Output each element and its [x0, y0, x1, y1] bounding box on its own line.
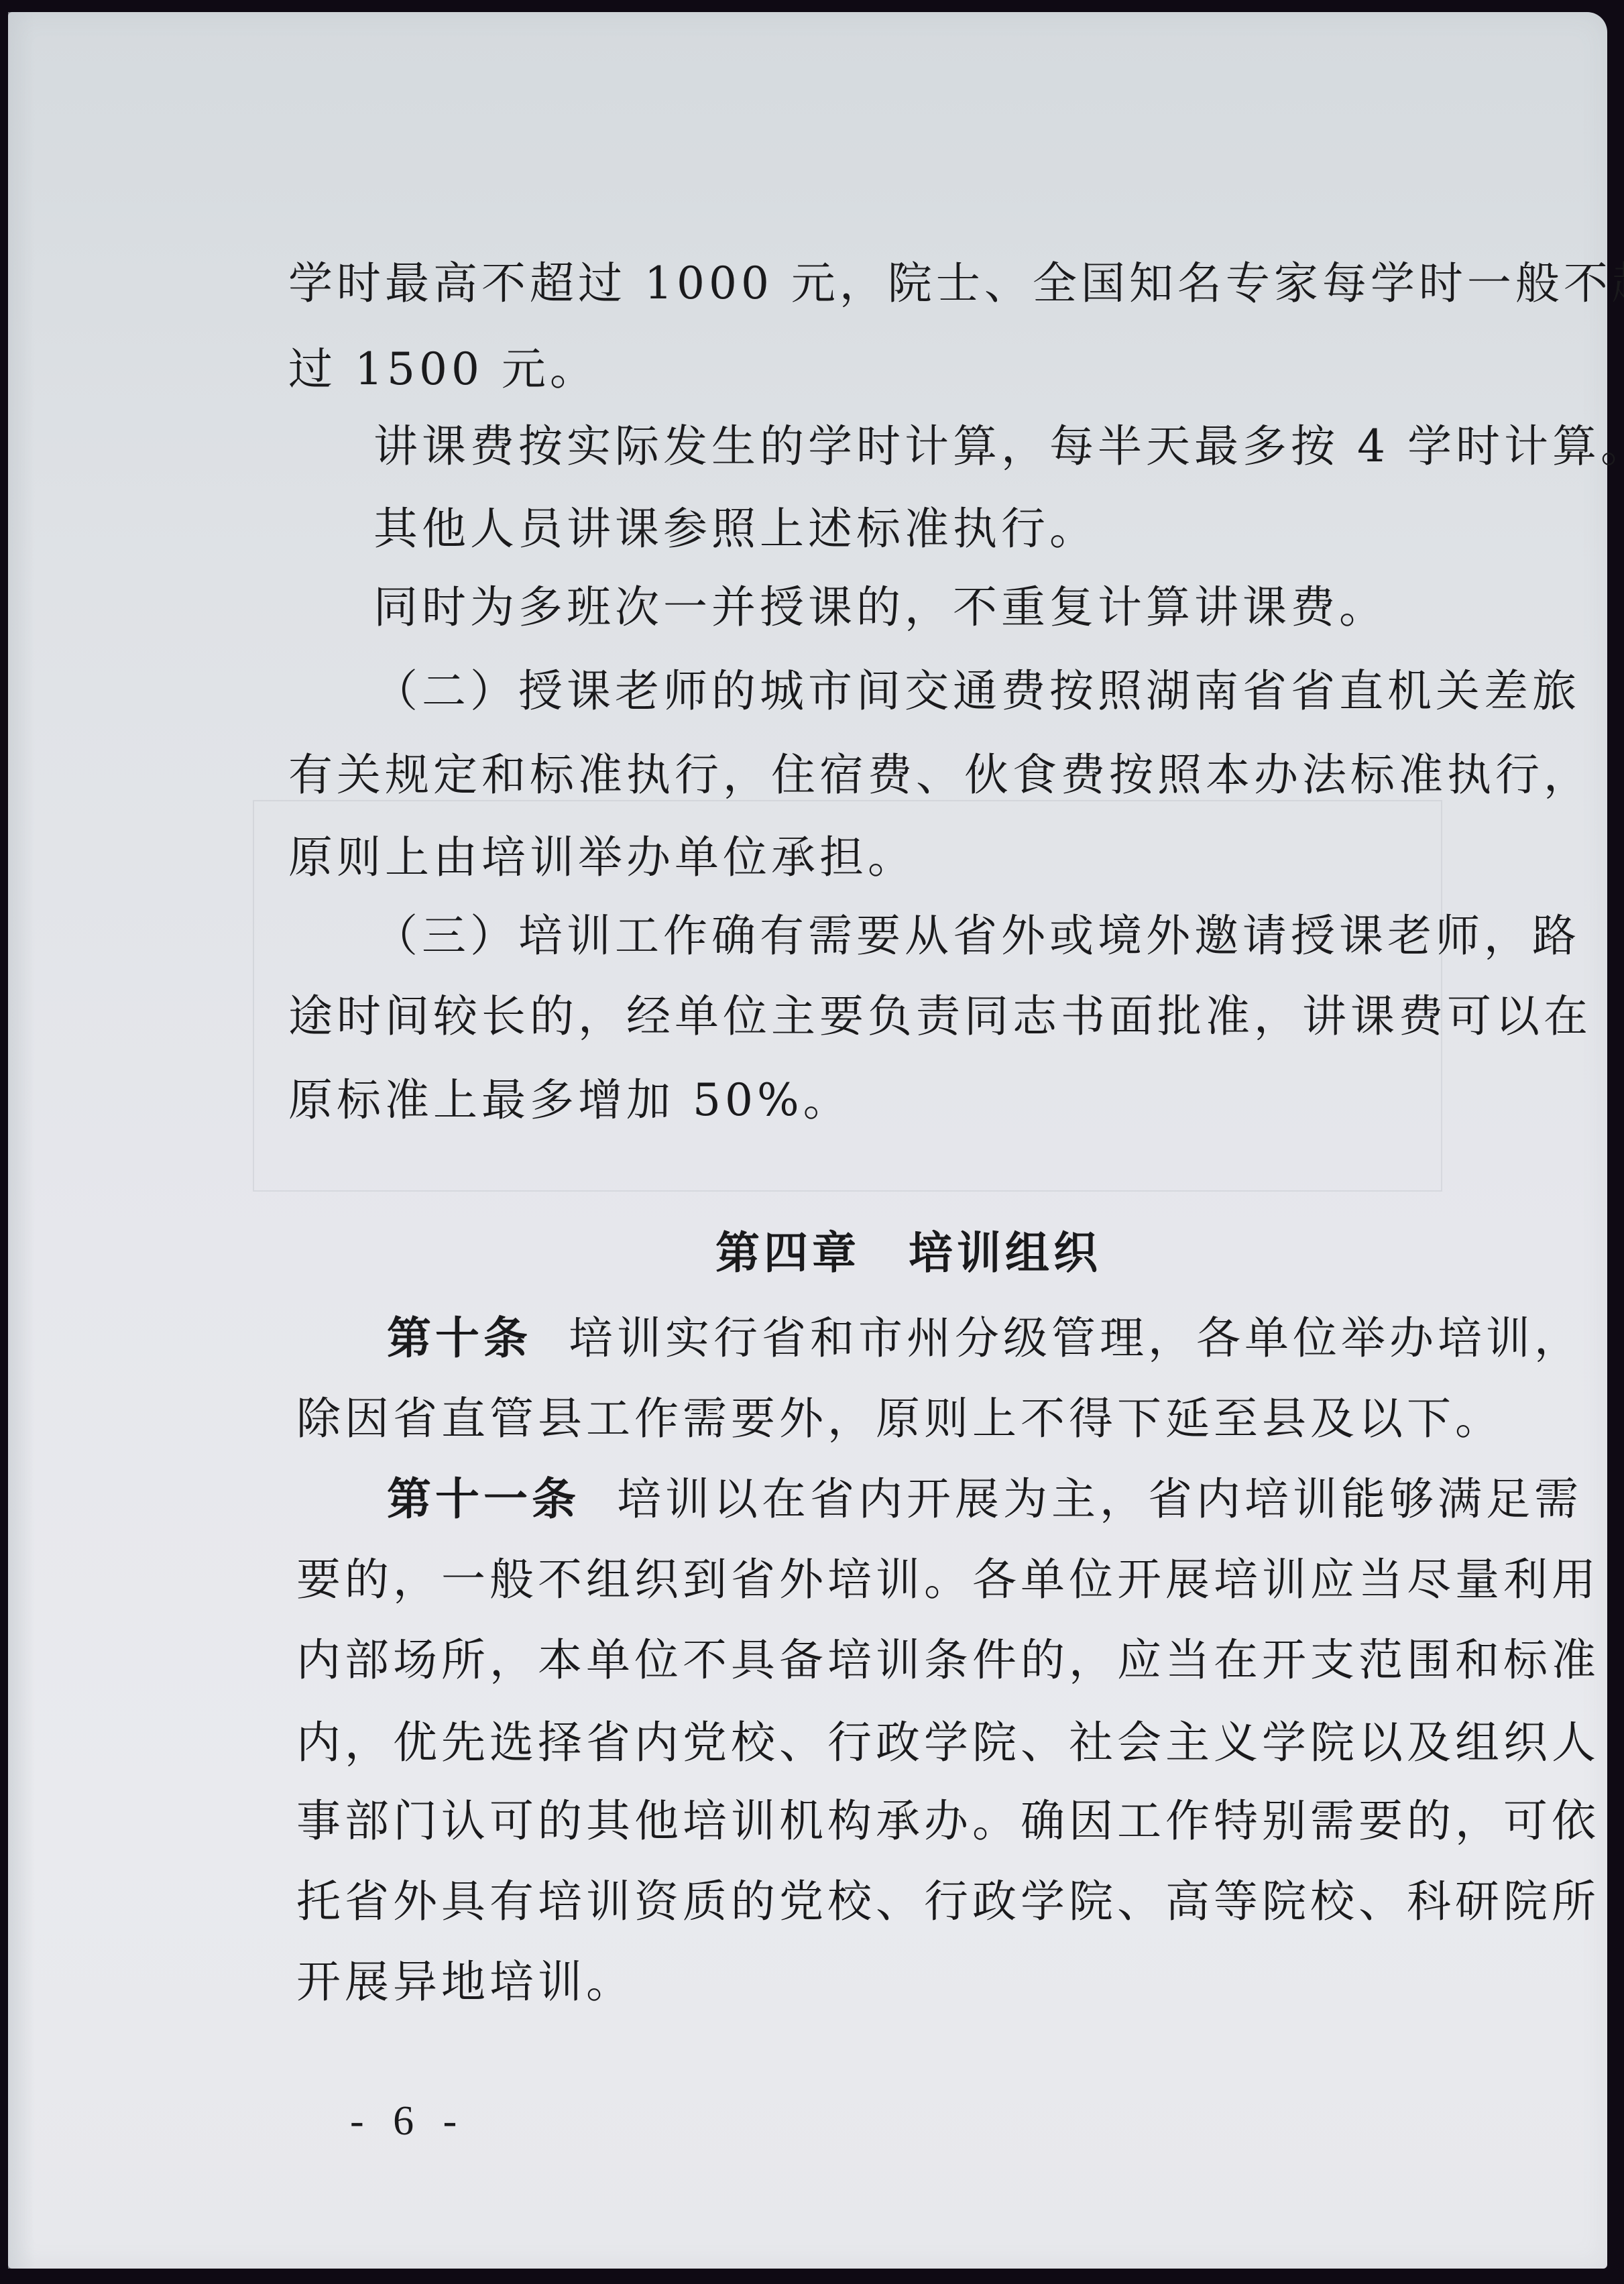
chapter-heading: 第四章 培训组织 — [715, 1231, 1102, 1275]
paragraph-travel-expense-line3: 原则上由培训举办单位承担。 — [288, 836, 916, 880]
document-page: 学时最高不超过 1000 元，院士、全国知名专家每学时一般不超 过 1500 元… — [8, 12, 1607, 2269]
paragraph-external-lecturer-line1: （三）培训工作确有需要从省外或境外邀请授课老师，路 — [373, 914, 1580, 958]
article-11-line4: 内，优先选择省内党校、行政学院、社会主义学院以及组织人 — [296, 1721, 1600, 1765]
paragraph-multi-class: 同时为多班次一并授课的，不重复计算讲课费。 — [373, 585, 1387, 630]
article-11-line2: 要的，一般不组织到省外培训。各单位开展培训应当尽量利用 — [296, 1558, 1600, 1602]
page-number: - 6 - — [350, 2098, 466, 2145]
article-11-label: 第十一条 — [387, 1473, 580, 1525]
article-11-line7: 开展异地培训。 — [296, 1960, 634, 2004]
article-10-text-line1: 培训实行省和市州分级管理，各单位举办培训， — [569, 1312, 1582, 1364]
paragraph-lecture-fee-cap-line1: 学时最高不超过 1000 元，院士、全国知名专家每学时一般不超 — [288, 262, 1624, 306]
paragraph-other-lecturers: 其他人员讲课参照上述标准执行。 — [373, 507, 1098, 551]
article-11-line6: 托省外具有培训资质的党校、行政学院、高等院校、科研院所 — [296, 1880, 1600, 1924]
paragraph-travel-expense-line1: （二）授课老师的城市间交通费按照湖南省省直机关差旅 — [373, 669, 1580, 713]
article-10-line2: 除因省直管县工作需要外，原则上不得下延至县及以下。 — [296, 1397, 1503, 1441]
paragraph-hour-calculation: 讲课费按实际发生的学时计算，每半天最多按 4 学时计算。 — [373, 424, 1624, 469]
article-10-label: 第十条 — [387, 1312, 532, 1364]
paragraph-lecture-fee-cap-line2: 过 1500 元。 — [288, 347, 598, 392]
article-11-line3: 内部场所，本单位不具备培训条件的，应当在开支范围和标准 — [296, 1638, 1600, 1682]
article-10-line1: 第十条培训实行省和市州分级管理，各单位举办培训， — [387, 1316, 1582, 1361]
paragraph-travel-expense-line2: 有关规定和标准执行，住宿费、伙食费按照本办法标准执行， — [288, 753, 1592, 797]
article-11-text-line1: 培训以在省内开展为主，省内培训能够满足需 — [617, 1473, 1582, 1525]
article-11-line1: 第十一条培训以在省内开展为主，省内培训能够满足需 — [387, 1477, 1582, 1522]
article-11-line5: 事部门认可的其他培训机构承办。确因工作特别需要的，可依 — [296, 1799, 1600, 1843]
paragraph-external-lecturer-line3: 原标准上最多增加 50%。 — [288, 1078, 852, 1123]
paragraph-external-lecturer-line2: 途时间较长的，经单位主要负责同志书面批准，讲课费可以在 — [288, 994, 1592, 1039]
